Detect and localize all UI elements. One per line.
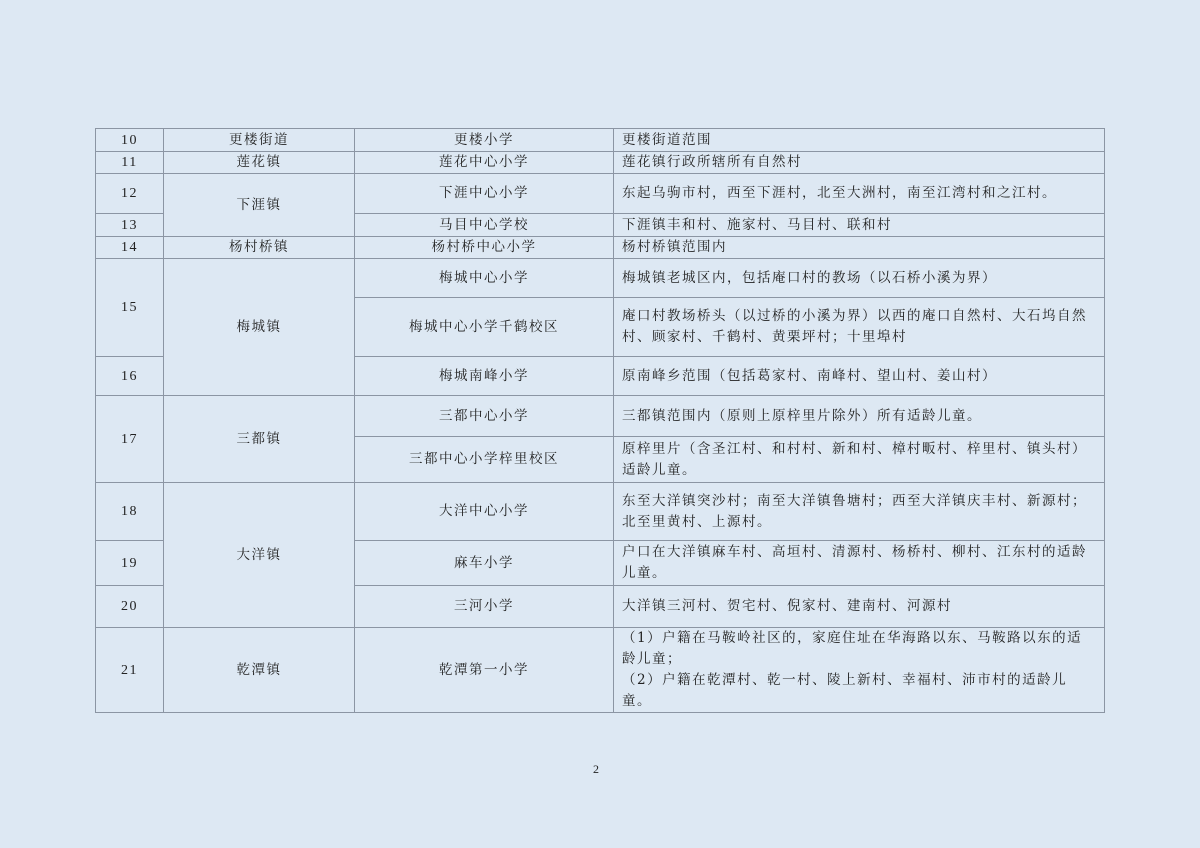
enrollment-scope: 原梓里片（含圣江村、和村村、新和村、樟村畈村、梓里村、镇头村）适龄儿童。 bbox=[614, 437, 1105, 483]
document-page: 10 更楼街道 更楼小学 更楼街道范围 11 莲花镇 莲花中心小学 莲花镇行政所… bbox=[0, 0, 1200, 848]
enrollment-scope: 东起乌驹市村，西至下涯村，北至大洲村，南至江湾村和之江村。 bbox=[614, 174, 1105, 214]
table-row: 21 乾潭镇 乾潭第一小学 （1）户籍在马鞍岭社区的，家庭住址在华海路以东、马鞍… bbox=[96, 628, 1105, 713]
enrollment-scope: 更楼街道范围 bbox=[614, 129, 1105, 152]
row-number: 17 bbox=[96, 396, 164, 483]
town-name: 梅城镇 bbox=[164, 259, 355, 396]
enrollment-scope: 原南峰乡范围（包括葛家村、南峰村、望山村、姜山村） bbox=[614, 357, 1105, 396]
school-name: 麻车小学 bbox=[355, 541, 614, 586]
school-name: 梅城中心小学千鹤校区 bbox=[355, 298, 614, 357]
row-number: 19 bbox=[96, 541, 164, 586]
scope-line: （1）户籍在马鞍岭社区的，家庭住址在华海路以东、马鞍路以东的适龄儿童； bbox=[622, 628, 1096, 670]
enrollment-scope: （1）户籍在马鞍岭社区的，家庭住址在华海路以东、马鞍路以东的适龄儿童； （2）户… bbox=[614, 628, 1105, 713]
town-name: 下涯镇 bbox=[164, 174, 355, 237]
enrollment-scope: 莲花镇行政所辖所有自然村 bbox=[614, 152, 1105, 174]
school-name: 杨村桥中心小学 bbox=[355, 237, 614, 259]
town-name: 杨村桥镇 bbox=[164, 237, 355, 259]
school-name: 三都中心小学 bbox=[355, 396, 614, 437]
row-number: 15 bbox=[96, 259, 164, 357]
town-name: 大洋镇 bbox=[164, 483, 355, 628]
town-name: 更楼街道 bbox=[164, 129, 355, 152]
enrollment-scope: 杨村桥镇范围内 bbox=[614, 237, 1105, 259]
enrollment-scope: 梅城镇老城区内，包括庵口村的教场（以石桥小溪为界） bbox=[614, 259, 1105, 298]
table-row: 18 大洋镇 大洋中心小学 东至大洋镇突沙村；南至大洋镇鲁塘村；西至大洋镇庆丰村… bbox=[96, 483, 1105, 541]
town-name: 乾潭镇 bbox=[164, 628, 355, 713]
school-name: 三都中心小学梓里校区 bbox=[355, 437, 614, 483]
table-row: 14 杨村桥镇 杨村桥中心小学 杨村桥镇范围内 bbox=[96, 237, 1105, 259]
row-number: 12 bbox=[96, 174, 164, 214]
table-row: 12 下涯镇 下涯中心小学 东起乌驹市村，西至下涯村，北至大洲村，南至江湾村和之… bbox=[96, 174, 1105, 214]
school-name: 马目中心学校 bbox=[355, 214, 614, 237]
town-name: 莲花镇 bbox=[164, 152, 355, 174]
table-row: 15 梅城镇 梅城中心小学 梅城镇老城区内，包括庵口村的教场（以石桥小溪为界） bbox=[96, 259, 1105, 298]
page-number: 2 bbox=[593, 762, 599, 777]
row-number: 21 bbox=[96, 628, 164, 713]
school-name: 乾潭第一小学 bbox=[355, 628, 614, 713]
row-number: 16 bbox=[96, 357, 164, 396]
school-name: 莲花中心小学 bbox=[355, 152, 614, 174]
school-name: 下涯中心小学 bbox=[355, 174, 614, 214]
school-name: 梅城南峰小学 bbox=[355, 357, 614, 396]
enrollment-scope: 大洋镇三河村、贺宅村、倪家村、建南村、河源村 bbox=[614, 586, 1105, 628]
table-row: 10 更楼街道 更楼小学 更楼街道范围 bbox=[96, 129, 1105, 152]
row-number: 14 bbox=[96, 237, 164, 259]
enrollment-scope: 三都镇范围内（原则上原梓里片除外）所有适龄儿童。 bbox=[614, 396, 1105, 437]
school-name: 梅城中心小学 bbox=[355, 259, 614, 298]
enrollment-scope: 户口在大洋镇麻车村、高垣村、清源村、杨桥村、柳村、江东村的适龄儿童。 bbox=[614, 541, 1105, 586]
table-row: 17 三都镇 三都中心小学 三都镇范围内（原则上原梓里片除外）所有适龄儿童。 bbox=[96, 396, 1105, 437]
school-name: 大洋中心小学 bbox=[355, 483, 614, 541]
enrollment-scope: 下涯镇丰和村、施家村、马目村、联和村 bbox=[614, 214, 1105, 237]
row-number: 13 bbox=[96, 214, 164, 237]
school-name: 更楼小学 bbox=[355, 129, 614, 152]
town-name: 三都镇 bbox=[164, 396, 355, 483]
row-number: 10 bbox=[96, 129, 164, 152]
row-number: 18 bbox=[96, 483, 164, 541]
row-number: 11 bbox=[96, 152, 164, 174]
enrollment-scope: 东至大洋镇突沙村；南至大洋镇鲁塘村；西至大洋镇庆丰村、新源村；北至里黄村、上源村… bbox=[614, 483, 1105, 541]
school-district-table: 10 更楼街道 更楼小学 更楼街道范围 11 莲花镇 莲花中心小学 莲花镇行政所… bbox=[95, 128, 1105, 713]
row-number: 20 bbox=[96, 586, 164, 628]
school-name: 三河小学 bbox=[355, 586, 614, 628]
enrollment-scope: 庵口村教场桥头（以过桥的小溪为界）以西的庵口自然村、大石坞自然村、顾家村、千鹤村… bbox=[614, 298, 1105, 357]
table-row: 11 莲花镇 莲花中心小学 莲花镇行政所辖所有自然村 bbox=[96, 152, 1105, 174]
scope-line: （2）户籍在乾潭村、乾一村、陵上新村、幸福村、沛市村的适龄儿童。 bbox=[622, 670, 1096, 712]
